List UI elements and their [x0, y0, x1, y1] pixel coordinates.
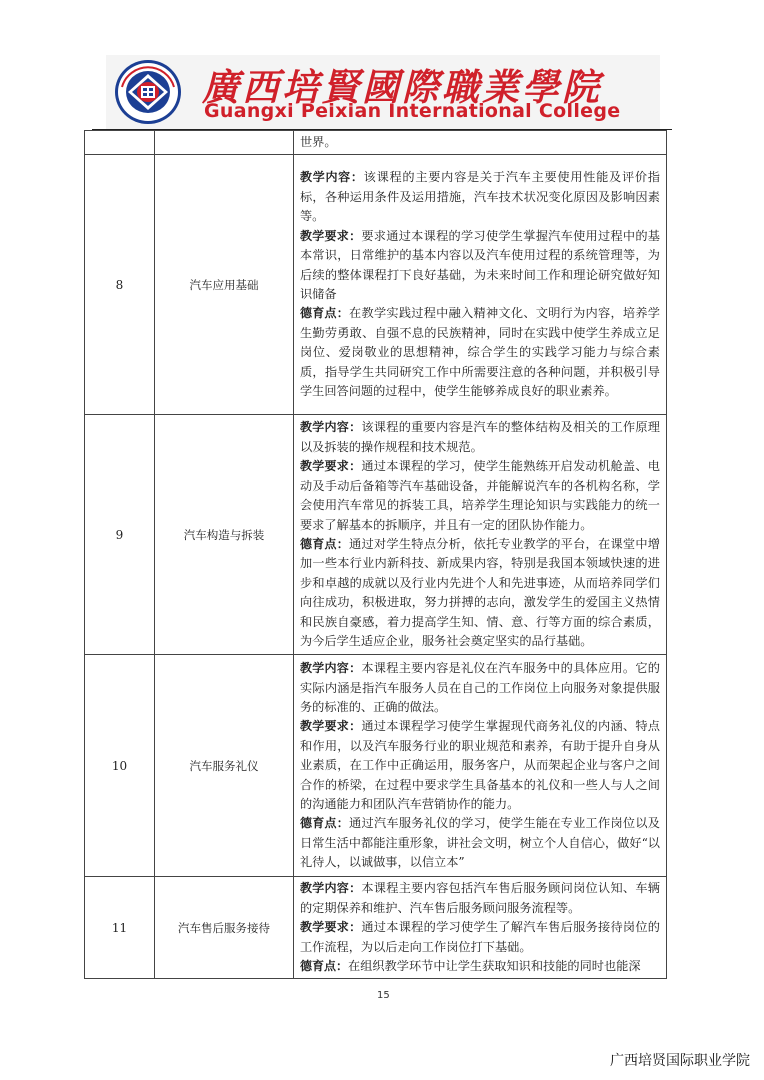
- teaching-requirement: 教学要求：通过本课程的学习，使学生能熟练开启发动机舱盖、电动及手动后备箱等汽车基…: [300, 457, 660, 535]
- moral-education-label: 德育点：: [300, 537, 349, 551]
- course-name-cell: 汽车服务礼仪: [155, 655, 294, 877]
- teaching-content: 教学内容：本课程主要内容包括汽车售后服务顾问岗位认知、车辆的定期保养和维护、汽车…: [300, 879, 660, 918]
- page-number: 15: [377, 990, 390, 1001]
- moral-education-text: 在组织教学环节中让学生获取知识和技能的同时也能深: [348, 959, 641, 973]
- moral-education: 德育点：通过对学生特点分析，依托专业教学的平台，在课堂中增加一些本行业内新科技、…: [300, 535, 660, 651]
- college-header-banner: 廣西培賢國際職業學院 Guangxi Peixian International…: [106, 55, 660, 129]
- teaching-requirement: 教学要求：通过本课程的学习使学生了解汽车售后服务接待岗位的工作流程，为以后走向工…: [300, 918, 660, 957]
- teaching-requirement-label: 教学要求：: [300, 459, 361, 473]
- moral-education: 德育点：在组织教学环节中让学生获取知识和技能的同时也能深: [300, 957, 660, 976]
- course-description-cell: 教学内容：该课程的重要内容是汽车的整体结构及相关的工作原理以及拆装的操作规程和技…: [294, 415, 667, 655]
- table-row: 11 汽车售后服务接待 教学内容：本课程主要内容包括汽车售后服务顾问岗位认知、车…: [85, 877, 667, 979]
- teaching-requirement: 教学要求：通过本课程学习使学生掌握现代商务礼仪的内涵、特点和作用，以及汽车服务行…: [300, 717, 660, 814]
- moral-education-text: 在教学实践过程中融入精神文化、文明行为内容，培养学生勤劳勇敢、自强不息的民族精神…: [300, 306, 660, 398]
- course-name-cell: [155, 131, 294, 155]
- course-number-cell: 8: [85, 155, 155, 415]
- teaching-content-label: 教学内容：: [300, 420, 361, 434]
- teaching-requirement-label: 教学要求：: [300, 719, 361, 733]
- course-number-cell: 9: [85, 415, 155, 655]
- course-description-cell: 教学内容：本课程主要内容是礼仪在汽车服务中的具体应用。它的实际内涵是指汽车服务人…: [294, 655, 667, 877]
- moral-education-text: 通过对学生特点分析，依托专业教学的平台，在课堂中增加一些本行业内新科技、新成果内…: [300, 537, 660, 648]
- teaching-content: 教学内容：该课程的重要内容是汽车的整体结构及相关的工作原理以及拆装的操作规程和技…: [300, 418, 660, 457]
- table-row: 10 汽车服务礼仪 教学内容：本课程主要内容是礼仪在汽车服务中的具体应用。它的实…: [85, 655, 667, 877]
- course-description-cell: 教学内容：本课程主要内容包括汽车售后服务顾问岗位认知、车辆的定期保养和维护、汽车…: [294, 877, 667, 979]
- table-row: 8 汽车应用基础 教学内容：该课程的主要内容是关于汽车主要使用性能及评价指标，各…: [85, 155, 667, 415]
- course-description-cell: 教学内容：该课程的主要内容是关于汽车主要使用性能及评价指标，各种运用条件及运用措…: [294, 155, 667, 415]
- teaching-content: 教学内容：本课程主要内容是礼仪在汽车服务中的具体应用。它的实际内涵是指汽车服务人…: [300, 659, 660, 717]
- table-row-continued: 世界。: [85, 131, 667, 155]
- course-name-cell: 汽车构造与拆装: [155, 415, 294, 655]
- college-seal-icon: [114, 59, 182, 125]
- table-row: 9 汽车构造与拆装 教学内容：该课程的重要内容是汽车的整体结构及相关的工作原理以…: [85, 415, 667, 655]
- moral-education: 德育点：在教学实践过程中融入精神文化、文明行为内容，培养学生勤劳勇敢、自强不息的…: [300, 304, 660, 401]
- teaching-requirement-label: 教学要求：: [300, 229, 361, 243]
- teaching-content-label: 教学内容：: [300, 661, 361, 675]
- college-name-english: Guangxi Peixian International College: [204, 100, 620, 122]
- teaching-content-label: 教学内容：: [300, 881, 361, 895]
- moral-education-label: 德育点：: [300, 959, 348, 973]
- teaching-requirement: 教学要求：要求通过本课程的学习使学生掌握汽车使用过程中的基本常识，日常维护的基本…: [300, 227, 660, 305]
- course-number-cell: 10: [85, 655, 155, 877]
- moral-education: 德育点：通过汽车服务礼仪的学习，使学生能在专业工作岗位以及日常生活中都能注重形象…: [300, 814, 660, 872]
- course-table: 世界。 8 汽车应用基础 教学内容：该课程的主要内容是关于汽车主要使用性能及评价…: [84, 130, 667, 979]
- course-name-cell: 汽车售后服务接待: [155, 877, 294, 979]
- footer-institution-name: 广西培贤国际职业学院: [610, 1050, 750, 1070]
- moral-education-label: 德育点：: [300, 306, 349, 320]
- teaching-content-label: 教学内容：: [300, 170, 364, 184]
- course-number-cell: [85, 131, 155, 155]
- course-name-cell: 汽车应用基础: [155, 155, 294, 415]
- moral-education-label: 德育点：: [300, 816, 349, 830]
- course-number-cell: 11: [85, 877, 155, 979]
- course-description-cell: 世界。: [294, 131, 667, 155]
- teaching-requirement-label: 教学要求：: [300, 920, 361, 934]
- moral-education-text: 通过汽车服务礼仪的学习，使学生能在专业工作岗位以及日常生活中都能注重形象，讲社会…: [300, 816, 660, 869]
- teaching-content: 教学内容：该课程的主要内容是关于汽车主要使用性能及评价指标，各种运用条件及运用措…: [300, 168, 660, 226]
- continued-text: 世界。: [300, 133, 660, 152]
